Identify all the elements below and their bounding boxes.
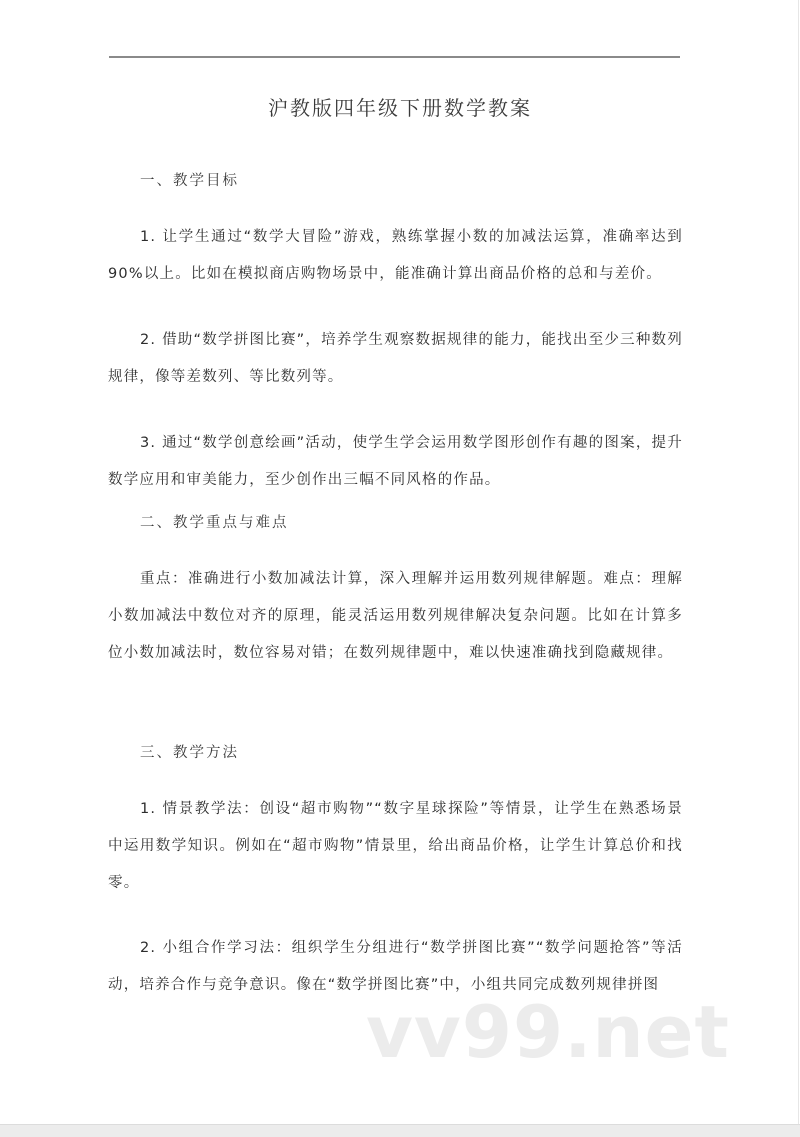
- paragraph-key-points: 重点：准确进行小数加减法计算，深入理解并运用数列规律解题。难点：理解小数加减法中…: [108, 561, 683, 672]
- document-title: 沪教版四年级下册数学教案: [0, 92, 800, 121]
- paragraph-objective-2: 2. 借助“数学拼图比赛”，培养学生观察数据规律的能力，能找出至少三种数列规律，…: [108, 322, 683, 396]
- document-page: 沪教版四年级下册数学教案 一、教学目标 1. 让学生通过“数学大冒险”游戏，熟练…: [0, 0, 799, 1124]
- page-bottom-edge: [0, 1124, 800, 1137]
- paragraph-method-1: 1. 情景教学法：创设“超市购物”“数字星球探险”等情景，让学生在熟悉场景中运用…: [108, 791, 683, 902]
- paragraph-objective-1: 1. 让学生通过“数学大冒险”游戏，熟练掌握小数的加减法运算，准确率达到90%以…: [108, 219, 683, 293]
- header-rule: [109, 56, 680, 58]
- watermark: vv99.net: [366, 990, 730, 1074]
- section-heading-objectives: 一、教学目标: [140, 169, 239, 190]
- section-heading-key-points: 二、教学重点与难点: [140, 511, 289, 532]
- paragraph-objective-3: 3. 通过“数学创意绘画”活动，使学生学会运用数学图形创作有趣的图案，提升数学应…: [108, 425, 683, 499]
- section-heading-methods: 三、教学方法: [140, 741, 239, 762]
